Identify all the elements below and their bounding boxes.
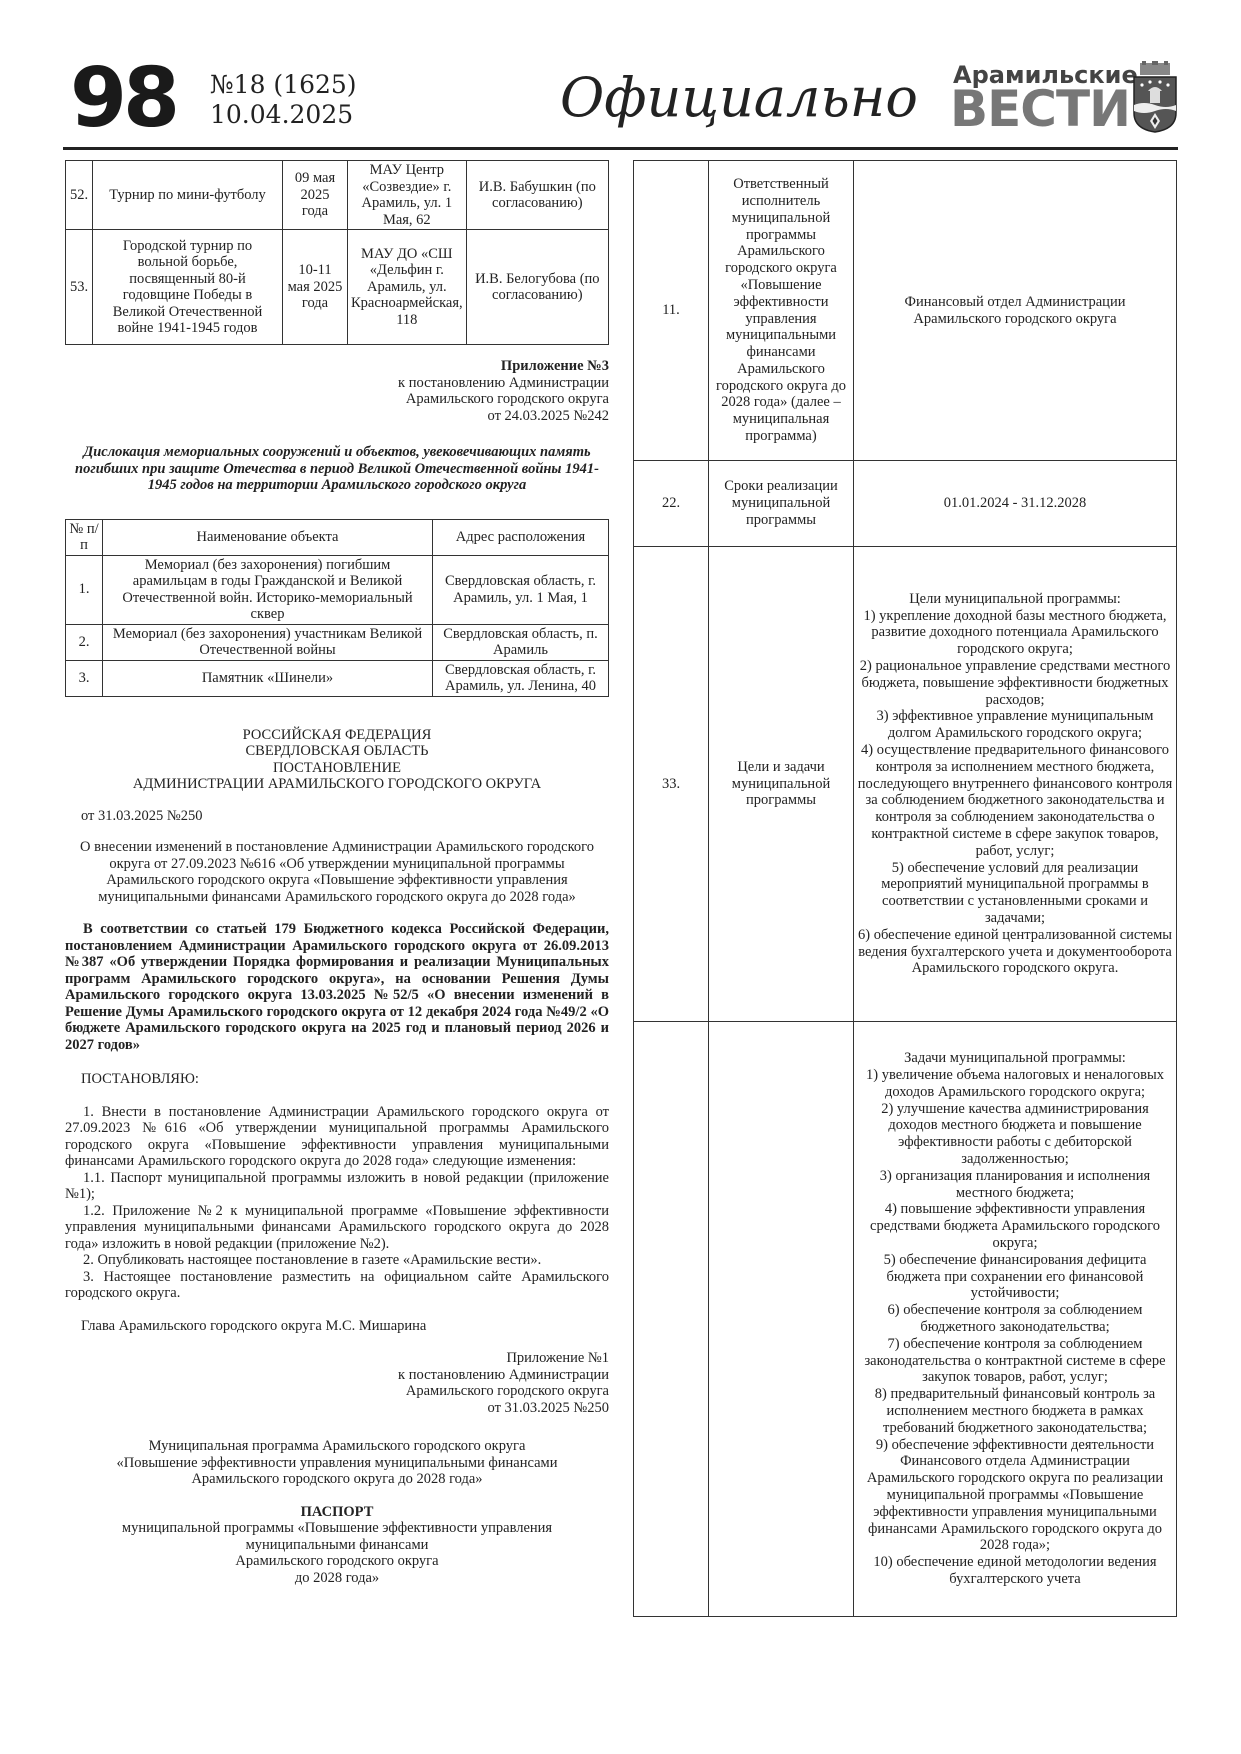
goal-item: 6) обеспечение единой централизованной с… [857, 927, 1173, 977]
newspaper-logo-main: ВЕСТИ [950, 82, 1130, 136]
task-item: 10) обеспечение единой методологии веден… [857, 1554, 1173, 1588]
decree-number: от 31.03.2025 №250 [81, 808, 609, 825]
program-title-line: Муниципальная программа Арамильского гор… [65, 1438, 609, 1455]
passport-goals-cell: Цели муниципальной программы: 1) укрепле… [854, 547, 1177, 1022]
memorial-number: 1. [66, 555, 103, 624]
goal-item: 5) обеспечение условий для реализации ме… [857, 860, 1173, 927]
passport-title-line: Арамильского городского округа [65, 1553, 609, 1570]
table-row: 2. Мемориал (без захоронения) участникам… [66, 624, 609, 660]
table-row: 11. Ответственный исполнитель муниципаль… [634, 161, 1177, 461]
table-row: 33. Цели и задачи муниципальной программ… [634, 547, 1177, 1022]
memorial-address: Свердловская область, г. Арамиль, ул. 1 … [433, 555, 609, 624]
event-date: 10-11 мая 2025 года [283, 230, 348, 345]
col-header-name: Наименование объекта [103, 519, 433, 555]
memorial-number: 2. [66, 624, 103, 660]
passport-row-number: 11. [634, 161, 709, 461]
event-place: МАУ Центр «Созвездие» г. Арамиль, ул. 1 … [348, 161, 467, 230]
goals-list: Цели муниципальной программы: 1) укрепле… [857, 591, 1173, 977]
goal-item: 4) осуществление предварительного финанс… [857, 742, 1173, 860]
event-date: 09 мая 2025 года [283, 161, 348, 230]
task-item: 4) повышение эффективности управления ср… [857, 1201, 1173, 1251]
issue-info: №18 (1625) 10.04.2025 [210, 70, 357, 130]
issue-date: 10.04.2025 [210, 100, 357, 130]
decree-item: 1.2. Приложение №2 к муниципальной прогр… [65, 1203, 609, 1253]
goal-item: 1) укрепление доходной базы местного бюд… [857, 608, 1173, 658]
page-number: 98 [70, 58, 176, 140]
task-item: 7) обеспечение контроля за соблюдением з… [857, 1336, 1173, 1386]
table-row: 1. Мемориал (без захоронения) погибшим а… [66, 555, 609, 624]
task-item: 6) обеспечение контроля за соблюдением б… [857, 1302, 1173, 1336]
decree-subject: О внесении изменений в постановление Адм… [65, 839, 609, 905]
passport-row-number: 22. [634, 461, 709, 547]
event-responsible: И.В. Белогубова (по согласованию) [466, 230, 608, 345]
event-number: 53. [66, 230, 93, 345]
table-row: 53. Городской турнир по вольной борьбе, … [66, 230, 609, 345]
memorial-number: 3. [66, 660, 103, 696]
decree-heading: РОССИЙСКАЯ ФЕДЕРАЦИЯ СВЕРДЛОВСКАЯ ОБЛАСТ… [65, 727, 609, 793]
task-item: 3) организация планирования и исполнения… [857, 1168, 1173, 1202]
memorial-name: Мемориал (без захоронения) погибшим арам… [103, 555, 433, 624]
passport-table: 11. Ответственный исполнитель муниципаль… [633, 160, 1177, 1617]
table-row: Задачи муниципальной программы: 1) увели… [634, 1022, 1177, 1617]
appendix3-line: к постановлению Администрации [65, 375, 609, 392]
appendix1-line: от 31.03.2025 №250 [65, 1400, 609, 1417]
table-row: 22. Сроки реализации муниципальной прогр… [634, 461, 1177, 547]
events-table: 52. Турнир по мини-футболу 09 мая 2025 г… [65, 160, 609, 345]
appendix3-line: от 24.03.2025 №242 [65, 408, 609, 425]
table-row: 3. Памятник «Шинели» Свердловская област… [66, 660, 609, 696]
passport-row-label: Ответственный исполнитель муниципальной … [709, 161, 854, 461]
table-row: 52. Турнир по мини-футболу 09 мая 2025 г… [66, 161, 609, 230]
left-column: 52. Турнир по мини-футболу 09 мая 2025 г… [65, 160, 609, 1586]
passport-row-value: Финансовый отдел Администрации Арамильск… [854, 161, 1177, 461]
appendix1-title: Приложение №1 [65, 1350, 609, 1367]
passport-row-label: Сроки реализации муниципальной программы [709, 461, 854, 547]
event-name: Турнир по мини-футболу [93, 161, 283, 230]
memorial-name: Памятник «Шинели» [103, 660, 433, 696]
tasks-list: Задачи муниципальной программы: 1) увели… [857, 1050, 1173, 1588]
decree-signature: Глава Арамильского городского округа М.С… [81, 1318, 609, 1335]
memorial-name: Мемориал (без захоронения) участникам Ве… [103, 624, 433, 660]
memorials-heading: Дислокация мемориальных сооружений и объ… [65, 444, 609, 494]
header-rule [63, 147, 1178, 150]
appendix3-header: Приложение №3 к постановлению Администра… [65, 358, 609, 424]
decree-heading-line: АДМИНИСТРАЦИИ АРАМИЛЬСКОГО ГОРОДСКОГО ОК… [65, 776, 609, 793]
decree-item: 2. Опубликовать настоящее постановление … [65, 1252, 609, 1269]
appendix3-line: Арамильского городского округа [65, 391, 609, 408]
appendix3-title: Приложение №3 [65, 358, 609, 375]
issue-number: №18 (1625) [210, 70, 357, 100]
program-title: Муниципальная программа Арамильского гор… [65, 1438, 609, 1488]
appendix1-line: Арамильского городского округа [65, 1383, 609, 1400]
passport-row-value: 01.01.2024 - 31.12.2028 [854, 461, 1177, 547]
passport-title-line: муниципальной программы «Повышение эффек… [65, 1520, 609, 1537]
passport-title-line: муниципальными финансами [65, 1537, 609, 1554]
passport-title: ПАСПОРТ [65, 1504, 609, 1521]
memorial-address: Свердловская область, г. Арамиль, ул. Ле… [433, 660, 609, 696]
passport-row-label: Цели и задачи муниципальной программы [709, 547, 854, 1022]
passport-title-block: ПАСПОРТ муниципальной программы «Повышен… [65, 1504, 609, 1587]
event-responsible: И.В. Бабушкин (по согласованию) [466, 161, 608, 230]
memorial-address: Свердловская область, п. Арамиль [433, 624, 609, 660]
right-column: 11. Ответственный исполнитель муниципаль… [633, 160, 1177, 1617]
event-name: Городской турнир по вольной борьбе, посв… [93, 230, 283, 345]
event-place: МАУ ДО «СШ «Дельфин г. Арамиль, ул. Крас… [348, 230, 467, 345]
decree-heading-line: ПОСТАНОВЛЕНИЕ [65, 760, 609, 777]
tasks-title: Задачи муниципальной программы: [857, 1050, 1173, 1067]
decree-resolve: ПОСТАНОВЛЯЮ: [81, 1071, 609, 1088]
task-item: 2) улучшение качества администрирования … [857, 1101, 1173, 1168]
event-number: 52. [66, 161, 93, 230]
section-title: Официально [560, 66, 918, 130]
decree-heading-line: РОССИЙСКАЯ ФЕДЕРАЦИЯ [65, 727, 609, 744]
coat-of-arms-icon [1132, 61, 1178, 133]
col-header-address: Адрес расположения [433, 519, 609, 555]
goals-title: Цели муниципальной программы: [857, 591, 1173, 608]
passport-title-line: до 2028 года» [65, 1570, 609, 1587]
task-item: 8) предварительный финансовый контроль з… [857, 1386, 1173, 1436]
appendix1-header: Приложение №1 к постановлению Администра… [65, 1350, 609, 1416]
passport-row-number [634, 1022, 709, 1617]
decree-heading-line: СВЕРДЛОВСКАЯ ОБЛАСТЬ [65, 743, 609, 760]
decree-item: 1. Внести в постановление Администрации … [65, 1104, 609, 1170]
table-header-row: № п/п Наименование объекта Адрес располо… [66, 519, 609, 555]
memorials-table: № п/п Наименование объекта Адрес располо… [65, 519, 609, 697]
goal-item: 3) эффективное управление муниципальным … [857, 708, 1173, 742]
program-title-line: Арамильского городского округа до 2028 г… [65, 1471, 609, 1488]
program-title-line: «Повышение эффективности управления муни… [65, 1455, 609, 1472]
passport-tasks-cell: Задачи муниципальной программы: 1) увели… [854, 1022, 1177, 1617]
task-item: 5) обеспечение финансирования дефицита б… [857, 1252, 1173, 1302]
task-item: 1) увеличение объема налоговых и неналог… [857, 1067, 1173, 1101]
goal-item: 2) рациональное управление средствами ме… [857, 658, 1173, 708]
passport-row-number: 33. [634, 547, 709, 1022]
decree-basis: В соответствии со статьей 179 Бюджетного… [65, 921, 609, 1053]
task-item: 9) обеспечение эффективности деятельност… [857, 1437, 1173, 1555]
decree-item: 3. Настоящее постановление разместить на… [65, 1269, 609, 1302]
passport-row-label [709, 1022, 854, 1617]
decree-item: 1.1. Паспорт муниципальной программы изл… [65, 1170, 609, 1203]
appendix1-line: к постановлению Администрации [65, 1367, 609, 1384]
col-header-number: № п/п [66, 519, 103, 555]
